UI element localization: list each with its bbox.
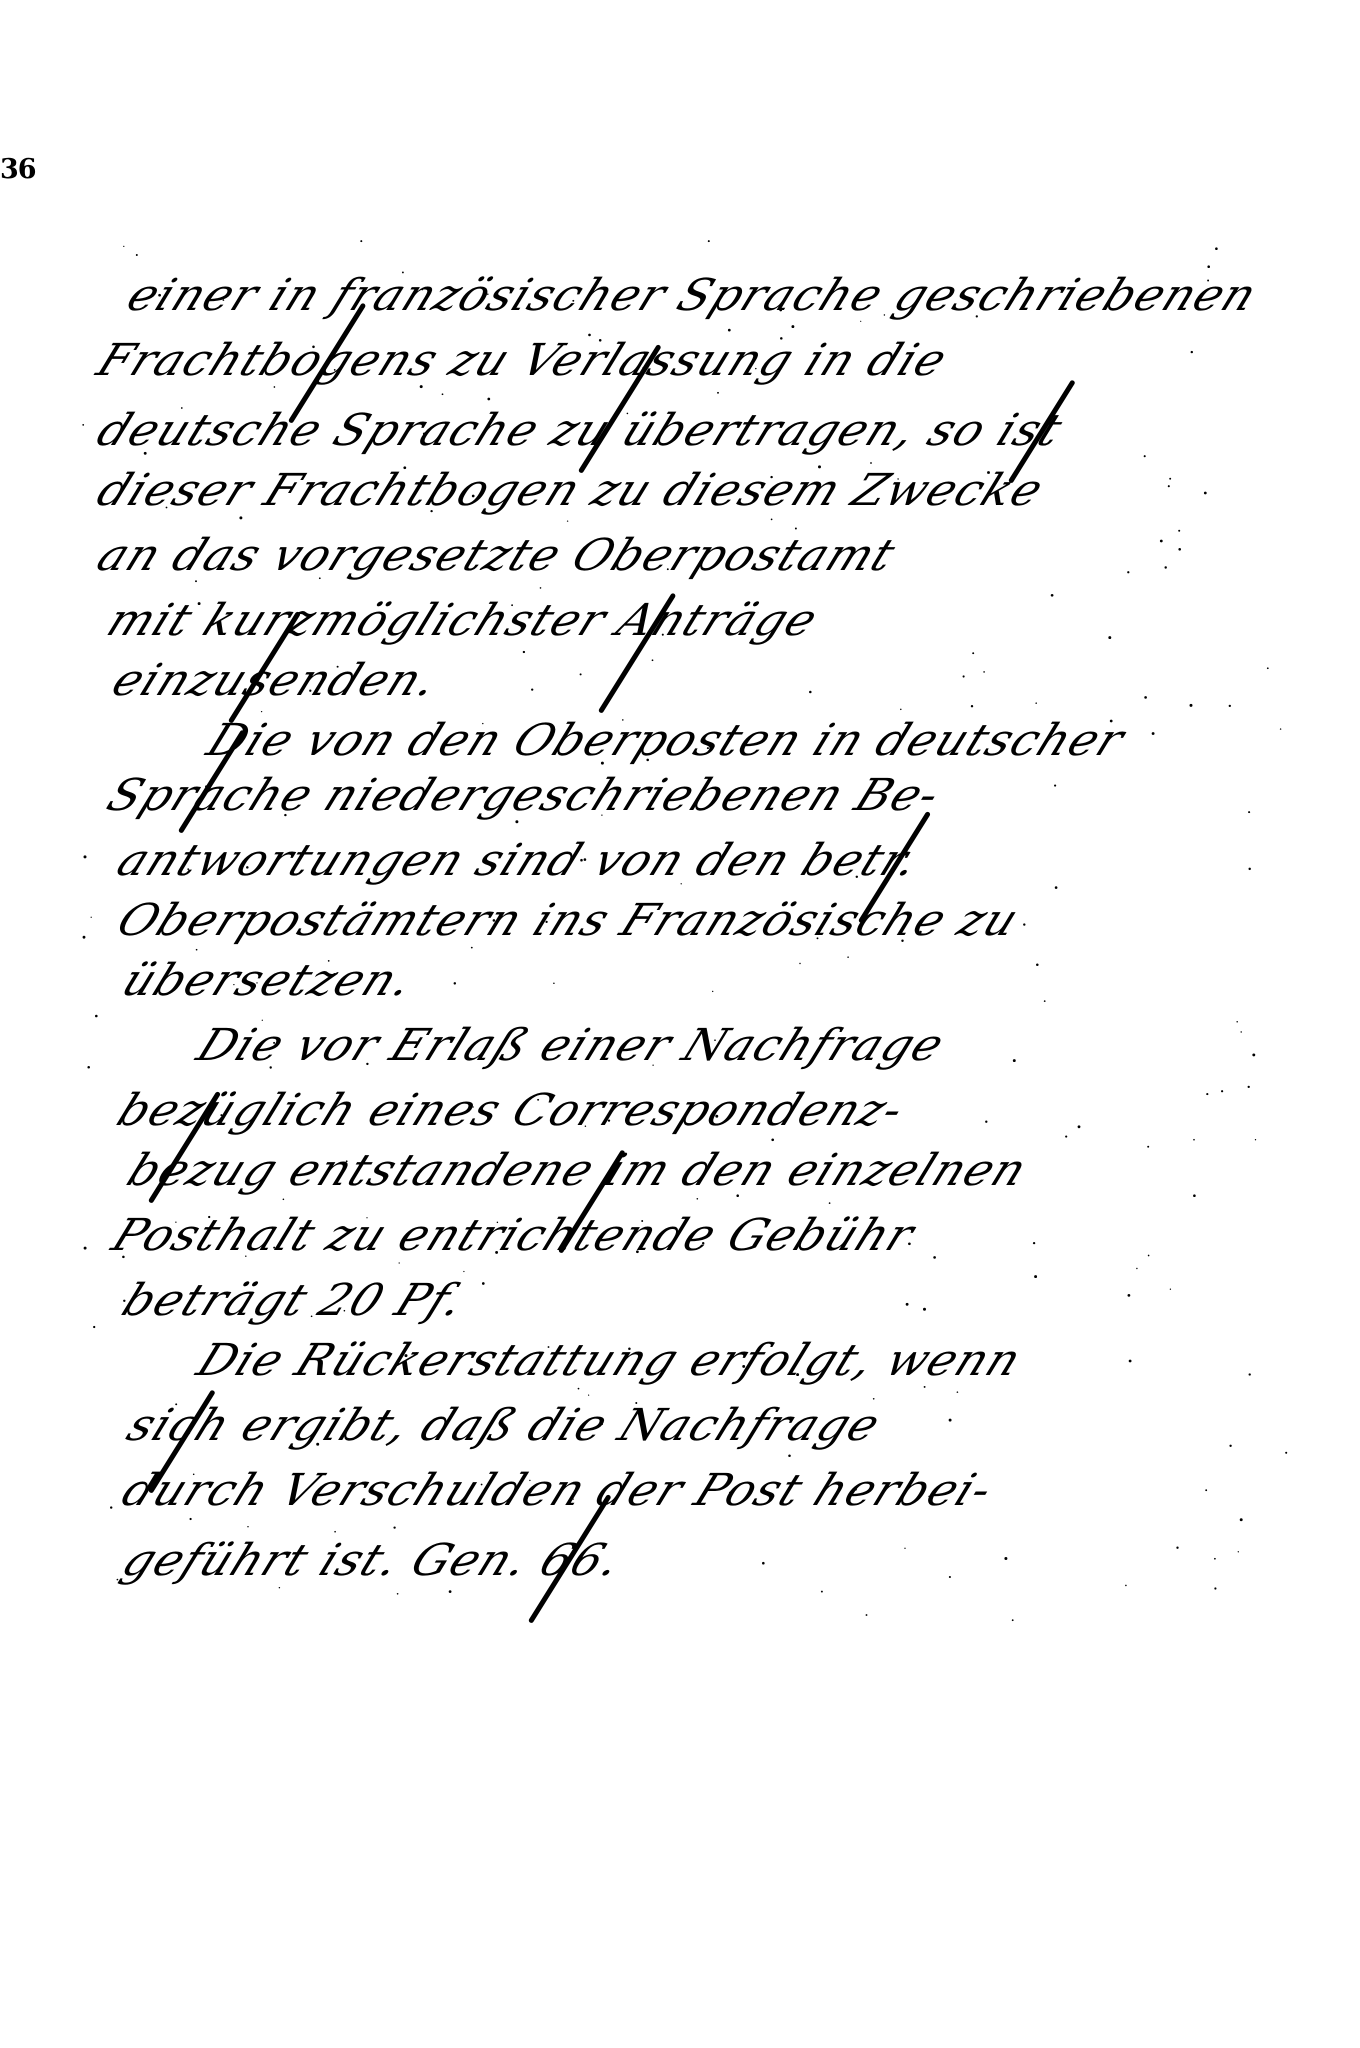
text-line: Die Rückerstattung erfolgt, wenn — [190, 1335, 1030, 1386]
text-line: Die von den Oberposten in deutscher — [200, 715, 1132, 766]
text-line: einer in französischer Sprache geschrieb… — [120, 270, 1265, 321]
text-line: Oberpostämtern ins Französische zu — [110, 895, 1027, 946]
text-line: übersetzen. — [115, 955, 422, 1006]
text-line: durch Verschulden der Post herbei- — [115, 1465, 1001, 1516]
text-line: dieser Frachtbogen zu diesem Zwecke — [90, 465, 1052, 516]
text-line: Die vor Erlaß einer Nachfrage — [190, 1020, 952, 1071]
text-line: antwortungen sind von den betr. — [110, 835, 927, 886]
manuscript-page: 36 einer in französischer Sprache geschr… — [0, 0, 1360, 2048]
text-line: bezug entstandene im den einzelnen — [120, 1145, 1035, 1196]
text-line: sich ergibt, daß die Nachfrage — [120, 1400, 888, 1451]
text-line: mit kurzmöglichster Anträge — [100, 595, 826, 646]
handwritten-text: einer in französischer Sprache geschrieb… — [0, 0, 1360, 2048]
text-line: Posthalt zu entrichtende Gebühr — [105, 1210, 922, 1261]
text-line: an das vorgesetzte Oberpostamt — [90, 530, 904, 581]
text-line: geführt ist. Gen. 66. — [115, 1535, 630, 1586]
text-line: deutsche Sprache zu übertragen, so ist — [90, 405, 1071, 456]
text-line: bezüglich eines Correspondenz- — [110, 1085, 912, 1136]
text-line: Sprache niedergeschriebenen Be- — [100, 770, 948, 821]
text-line: beträgt 20 Pf. — [115, 1275, 473, 1326]
text-line: einzusenden. — [105, 655, 446, 706]
text-line: Frachtbogens zu Verlassung in die — [90, 335, 955, 386]
